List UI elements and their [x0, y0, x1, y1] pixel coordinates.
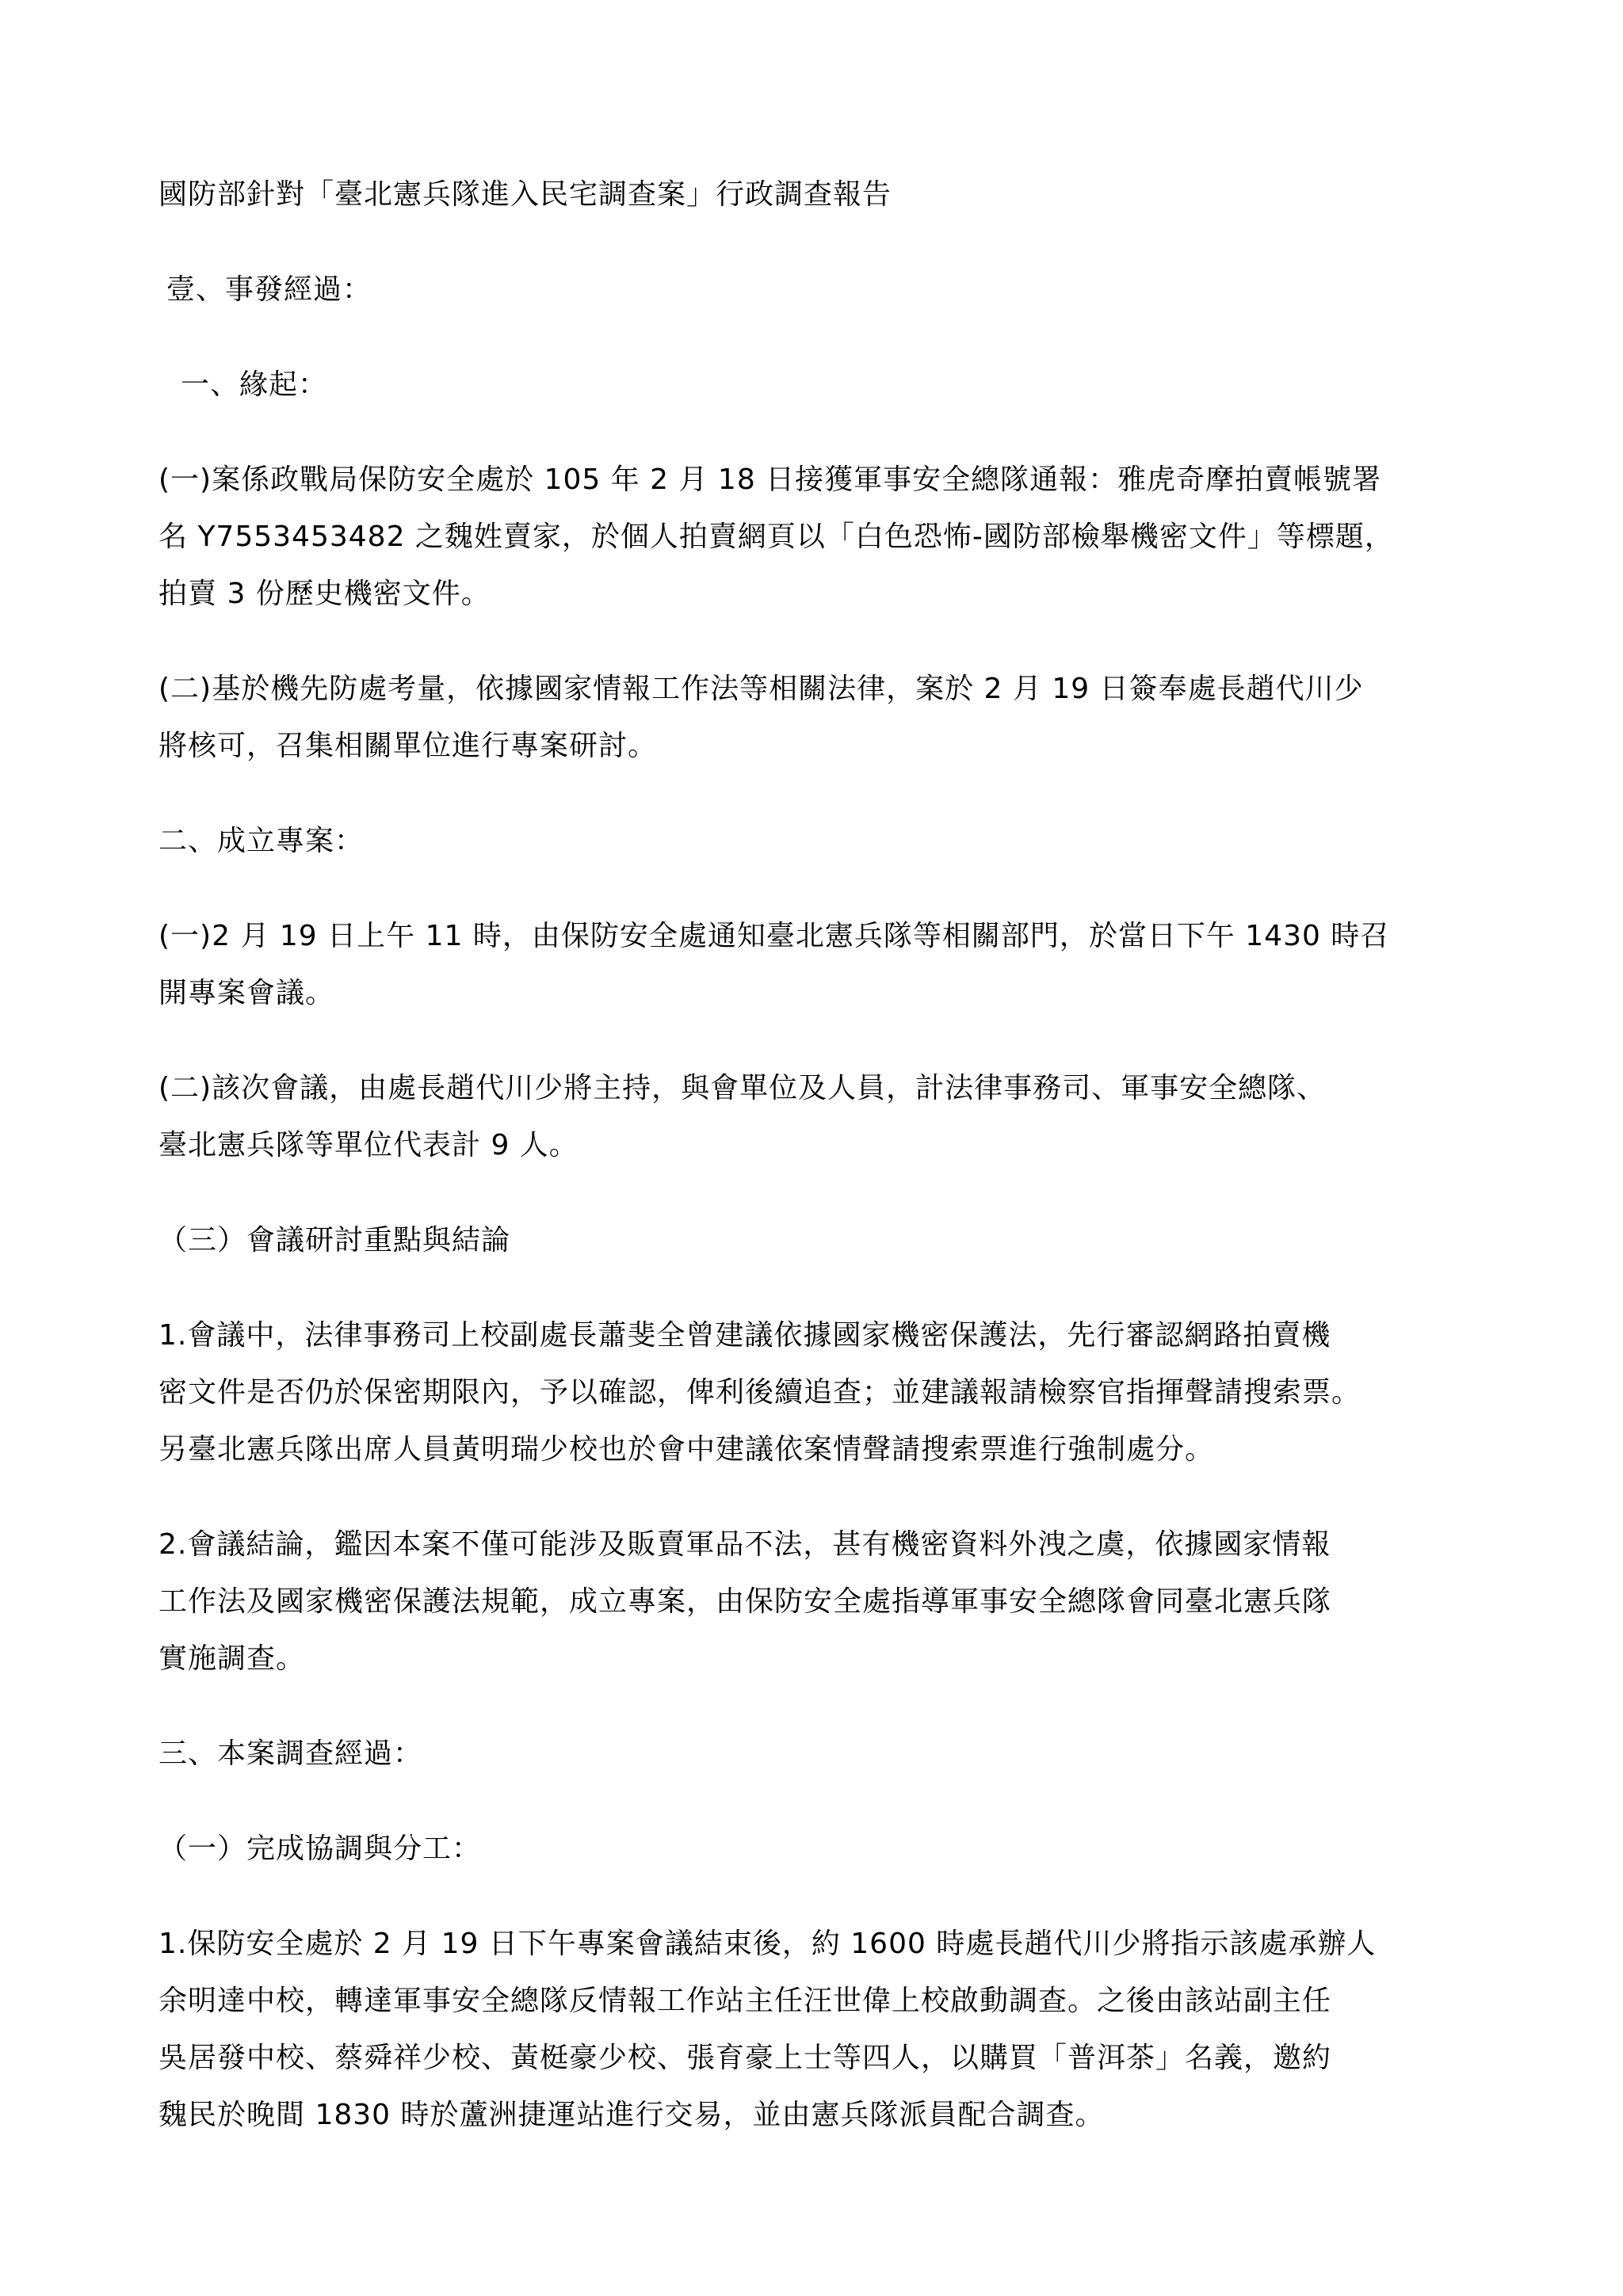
section-heading: 壹、事發經過：: [158, 261, 1474, 318]
paragraph-line: 余明達中校，轉達軍事安全總隊反情報工作站主任汪世偉上校啟動調查。之後由該站副主任: [158, 1973, 1474, 2030]
subsection-heading: 二、成立專案：: [158, 813, 1474, 870]
subsection-heading: 三、本案調查經過：: [158, 1726, 1474, 1783]
paragraph-line: 開專案會議。: [158, 965, 1474, 1022]
paragraph-line: (二)基於機先防處考量，依據國家情報工作法等相關法律，案於 2 月 19 日簽奉…: [158, 661, 1474, 718]
paragraph-line: （一）完成協調與分工：: [158, 1821, 1474, 1878]
paragraph-line: （三）會議研討重點與結論: [158, 1212, 1474, 1269]
paragraph-line: 吳居發中校、蔡舜祥少校、黃梃豪少校、張育豪上士等四人，以購買「普洱茶」名義，邀約: [158, 2030, 1474, 2087]
paragraph-line: (二)該次會議，由處長趙代川少將主持，與會單位及人員，計法律事務司、軍事安全總隊…: [158, 1060, 1474, 1117]
paragraph: (一)2 月 19 日上午 11 時，由保防安全處通知臺北憲兵隊等相關部門，於當…: [158, 908, 1474, 1022]
paragraph-line: 拍賣 3 份歷史機密文件。: [158, 566, 1474, 623]
paragraph-line: 工作法及國家機密保護法規範，成立專案，由保防安全處指導軍事安全總隊會同臺北憲兵隊: [158, 1573, 1474, 1630]
paragraph-line: 1.保防安全處於 2 月 19 日下午專案會議結束後，約 1600 時處長趙代川…: [158, 1916, 1474, 1973]
paragraph: 1.保防安全處於 2 月 19 日下午專案會議結束後，約 1600 時處長趙代川…: [158, 1916, 1474, 2144]
paragraph-line: (一)2 月 19 日上午 11 時，由保防安全處通知臺北憲兵隊等相關部門，於當…: [158, 908, 1474, 965]
document-page: 國防部針對「臺北憲兵隊進入民宅調查案」行政調查報告 壹、事發經過： 一、緣起： …: [158, 166, 1474, 2182]
paragraph-heading: （一）完成協調與分工：: [158, 1821, 1474, 1878]
paragraph-line: 密文件是否仍於保密期限內，予以確認，俾利後續追查；並建議報請檢察官指揮聲請搜索票…: [158, 1364, 1474, 1421]
paragraph-line: 名 Y7553453482 之魏姓賣家，於個人拍賣網頁以「白色恐怖-國防部檢舉機…: [158, 509, 1474, 566]
paragraph-line: 2.會議結論，鑑因本案不僅可能涉及販賣軍品不法，甚有機密資料外洩之虞，依據國家情…: [158, 1516, 1474, 1573]
paragraph-heading: （三）會議研討重點與結論: [158, 1212, 1474, 1269]
paragraph-line: 實施調查。: [158, 1630, 1474, 1688]
paragraph-line: (一)案係政戰局保防安全處於 105 年 2 月 18 日接獲軍事安全總隊通報：…: [158, 452, 1474, 509]
paragraph-line: 另臺北憲兵隊出席人員黃明瑞少校也於會中建議依案情聲請搜索票進行強制處分。: [158, 1421, 1474, 1478]
paragraph-line: 1.會議中，法律事務司上校副處長蕭斐全曾建議依據國家機密保護法，先行審認網路拍賣…: [158, 1307, 1474, 1364]
paragraph-line: 將核可，召集相關單位進行專案研討。: [158, 718, 1474, 775]
paragraph: 2.會議結論，鑑因本案不僅可能涉及販賣軍品不法，甚有機密資料外洩之虞，依據國家情…: [158, 1516, 1474, 1688]
paragraph-line: 魏民於晚間 1830 時於蘆洲捷運站進行交易，並由憲兵隊派員配合調查。: [158, 2087, 1474, 2144]
paragraph: (二)該次會議，由處長趙代川少將主持，與會單位及人員，計法律事務司、軍事安全總隊…: [158, 1060, 1474, 1174]
document-title: 國防部針對「臺北憲兵隊進入民宅調查案」行政調查報告: [158, 166, 1474, 223]
paragraph: (一)案係政戰局保防安全處於 105 年 2 月 18 日接獲軍事安全總隊通報：…: [158, 452, 1474, 623]
subsection-heading: 一、緣起：: [158, 357, 1474, 414]
paragraph: 1.會議中，法律事務司上校副處長蕭斐全曾建議依據國家機密保護法，先行審認網路拍賣…: [158, 1307, 1474, 1478]
paragraph-line: 臺北憲兵隊等單位代表計 9 人。: [158, 1117, 1474, 1174]
paragraph: (二)基於機先防處考量，依據國家情報工作法等相關法律，案於 2 月 19 日簽奉…: [158, 661, 1474, 775]
